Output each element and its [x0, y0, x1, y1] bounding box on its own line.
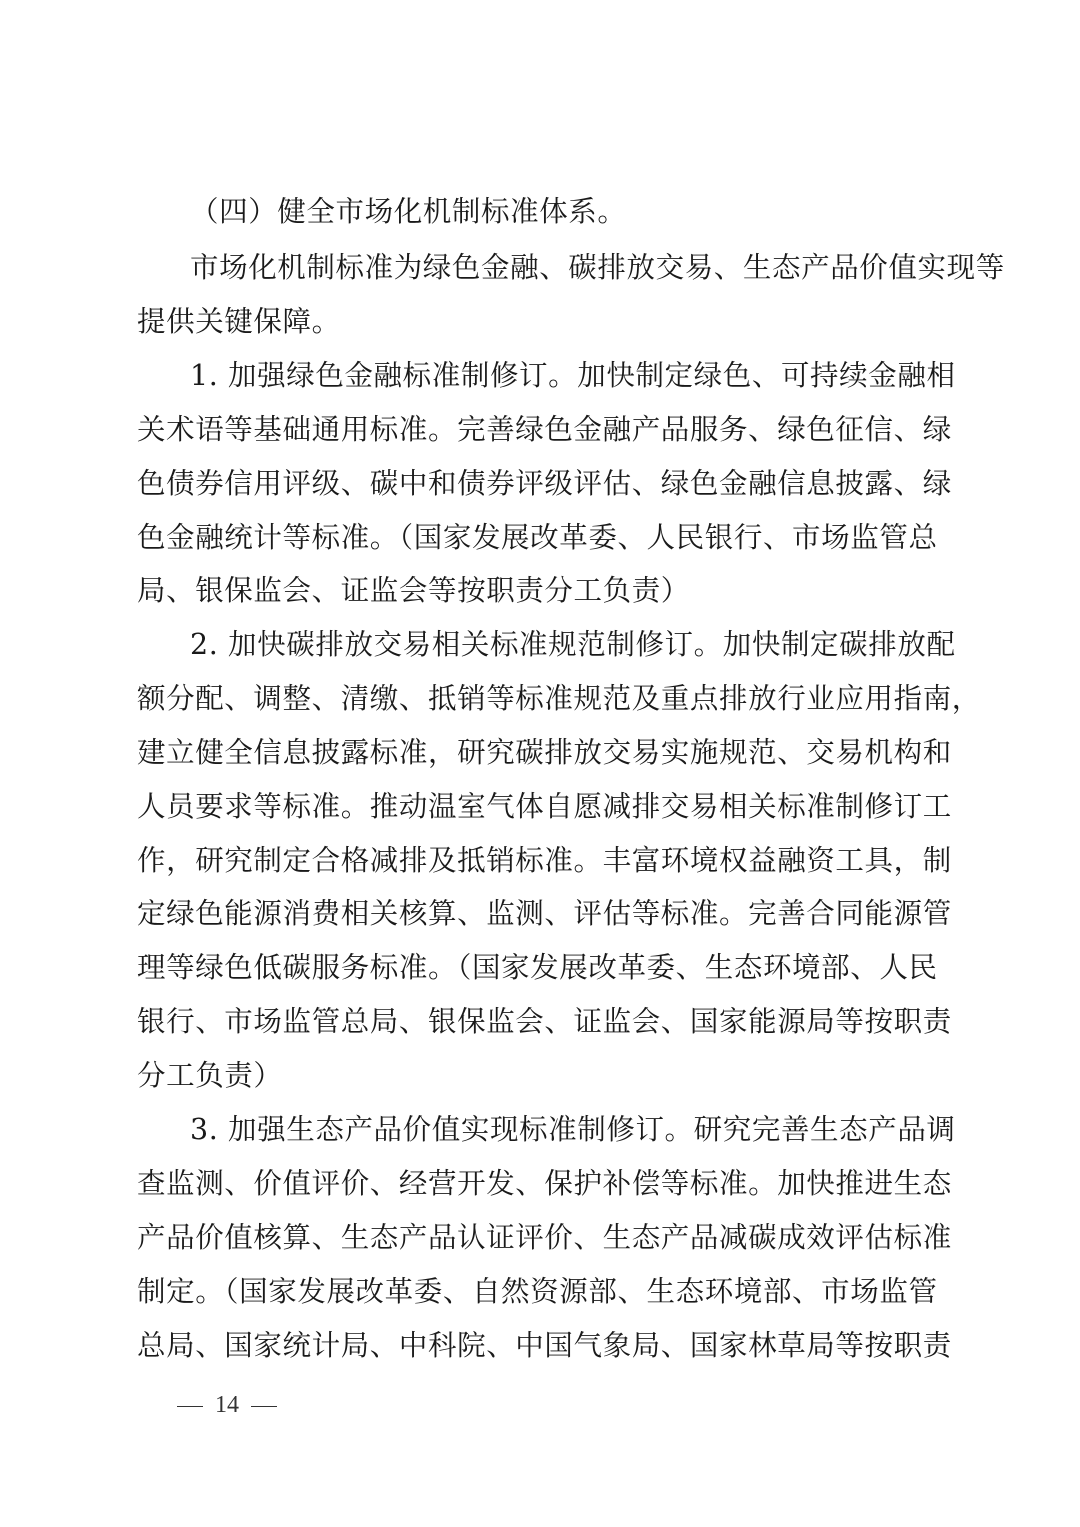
text-line: 建立健全信息披露标准，研究碳排放交易实施规范、交易机构和 [137, 733, 927, 773]
text-line: 查监测、价值评价、经营开发、保护补偿等标准。加快推进生态 [137, 1164, 927, 1204]
text-line: 定绿色能源消费相关核算、监测、评估等标准。完善合同能源管 [137, 894, 927, 934]
document-page: （四）健全市场化机制标准体系。市场化机制标准为绿色金融、碳排放交易、生态产品价值… [0, 0, 1080, 1527]
text-line: 人员要求等标准。推动温室气体自愿减排交易相关标准制修订工 [137, 787, 927, 827]
text-line: 3. 加强生态产品价值实现标准制修订。研究完善生态产品调 [190, 1110, 927, 1150]
page-number-value: 14 [215, 1392, 239, 1418]
text-line: 银行、市场监管总局、银保监会、证监会、国家能源局等按职责 [137, 1002, 927, 1042]
text-line: 市场化机制标准为绿色金融、碳排放交易、生态产品价值实现等 [190, 248, 927, 288]
text-line: 1. 加强绿色金融标准制修订。加快制定绿色、可持续金融相 [190, 356, 927, 396]
text-line: 额分配、调整、清缴、抵销等标准规范及重点排放行业应用指南， [137, 679, 927, 719]
text-line: 作，研究制定合格减排及抵销标准。丰富环境权益融资工具，制 [137, 841, 927, 881]
page-number: 14 [165, 1388, 289, 1422]
text-line: 制定。（国家发展改革委、自然资源部、生态环境部、市场监管 [137, 1272, 927, 1312]
text-line: 分工负责） [137, 1056, 927, 1096]
text-line: 提供关键保障。 [137, 302, 927, 342]
text-line: 理等绿色低碳服务标准。（国家发展改革委、生态环境部、人民 [137, 948, 927, 988]
text-line: 色金融统计等标准。（国家发展改革委、人民银行、市场监管总 [137, 518, 927, 558]
text-line: 2. 加快碳排放交易相关标准规范制修订。加快制定碳排放配 [190, 625, 927, 665]
text-line: 总局、国家统计局、中科院、中国气象局、国家林草局等按职责 [137, 1326, 927, 1366]
page-number-dash-right [251, 1406, 277, 1408]
text-line: 色债券信用评级、碳中和债券评级评估、绿色金融信息披露、绿 [137, 464, 927, 504]
text-line: 局、银保监会、证监会等按职责分工负责） [137, 571, 927, 611]
page-number-dash-left [177, 1406, 203, 1408]
text-line: 关术语等基础通用标准。完善绿色金融产品服务、绿色征信、绿 [137, 410, 927, 450]
text-line: 产品价值核算、生态产品认证评价、生态产品减碳成效评估标准 [137, 1218, 927, 1258]
section-heading: （四）健全市场化机制标准体系。 [190, 192, 927, 232]
